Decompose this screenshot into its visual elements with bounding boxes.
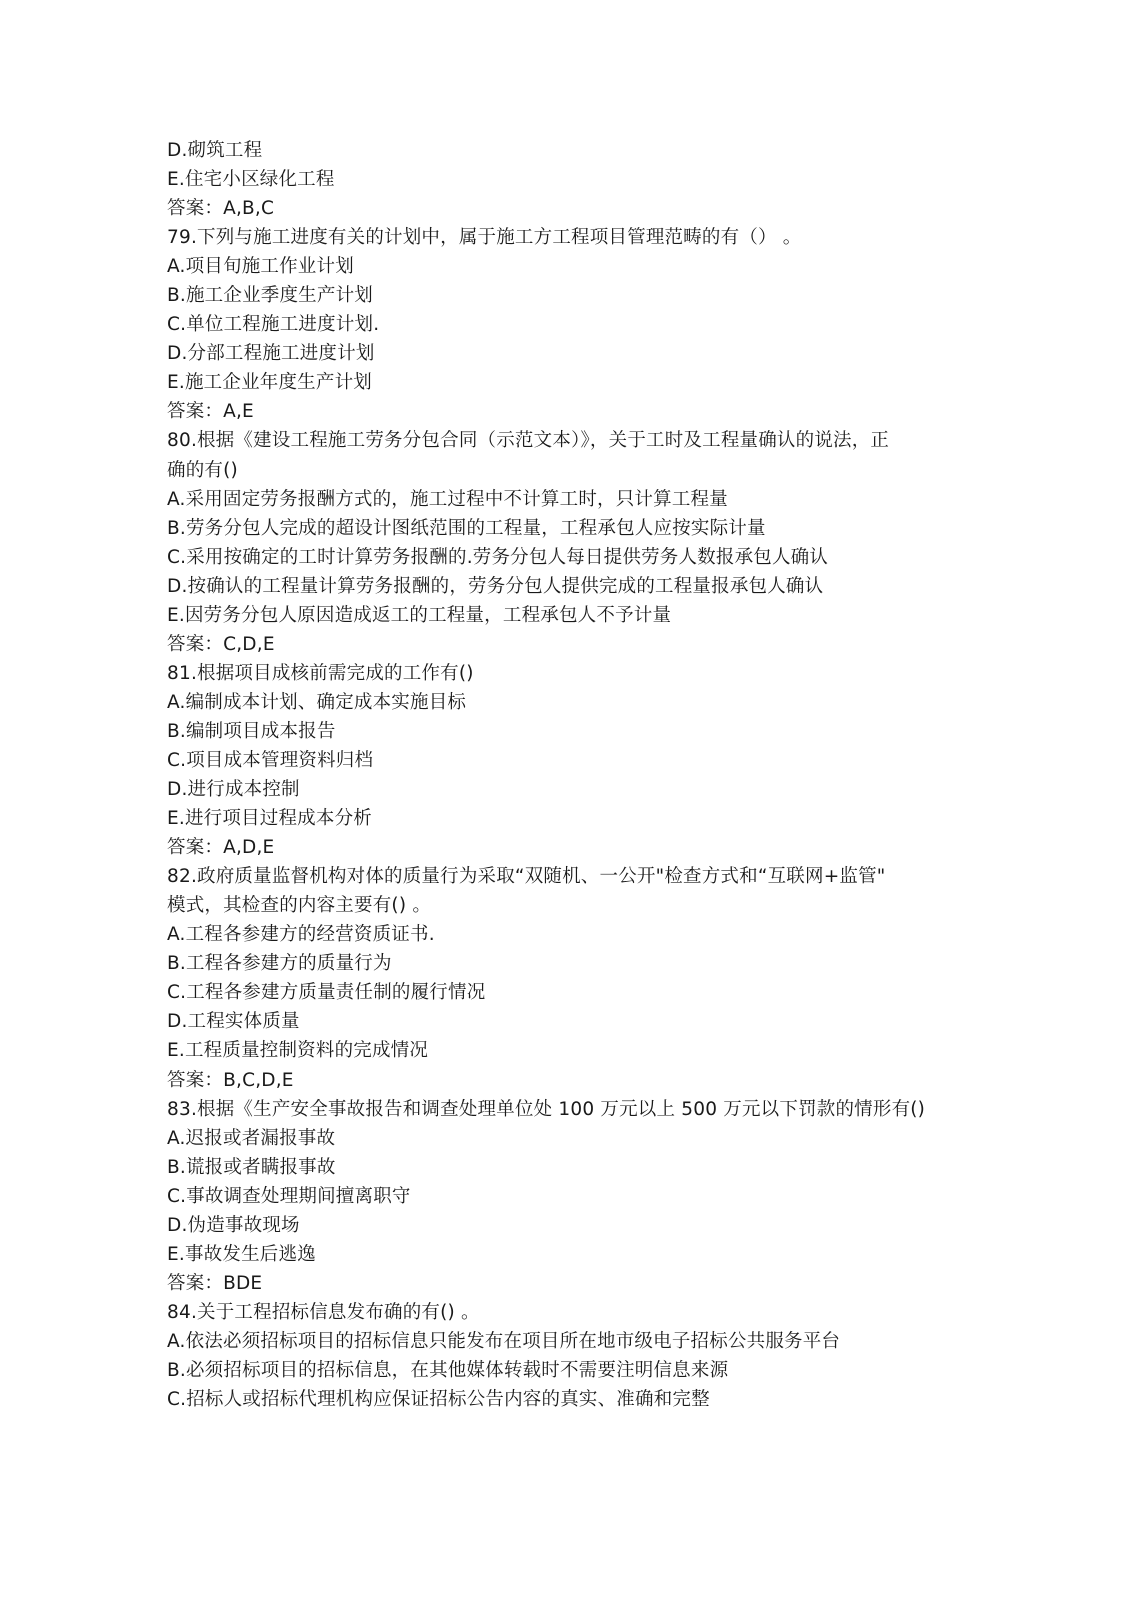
option-a: A.依法必须招标项目的招标信息只能发布在项目所在地市级电子招标公共服务平台 [167,1327,967,1356]
option-e: E.事故发生后逃逸 [167,1240,967,1269]
question-82: 82.政府质量监督机构对体的质量行为采取“双随机、一公开"检查方式和“互联网+监… [167,862,967,1094]
option-d: D.工程实体质量 [167,1007,967,1036]
option-b: B.施工企业季度生产计划 [167,281,967,310]
option-e: E.进行项目过程成本分析 [167,804,967,833]
option-d: D.按确认的工程量计算劳务报酬的，劳务分包人提供完成的工程量报承包人确认 [167,572,967,601]
option-b: B.工程各参建方的质量行为 [167,949,967,978]
option-e: E.因劳务分包人原因造成返工的工程量，工程承包人不予计量 [167,601,967,630]
answer: 答案：A,D,E [167,833,967,862]
option-c: C.采用按确定的工时计算劳务报酬的.劳务分包人每日提供劳务人数报承包人确认 [167,543,967,572]
option-d: D.伪造事故现场 [167,1211,967,1240]
answer: 答案：C,D,E [167,630,967,659]
option-a: A.项目旬施工作业计划 [167,252,967,281]
question-stem: 84.关于工程招标信息发布确的有() 。 [167,1298,967,1327]
question-79: 79.下列与施工进度有关的计划中，属于施工方工程项目管理范畴的有（） 。 A.项… [167,223,967,426]
question-stem: 81.根据项目成核前需完成的工作有() [167,659,967,688]
option-c: C.项目成本管理资料归档 [167,746,967,775]
option-a: A.采用固定劳务报酬方式的，施工过程中不计算工时，只计算工程量 [167,485,967,514]
option-d: D.分部工程施工进度计划 [167,339,967,368]
option-c: C.工程各参建方质量责任制的履行情况 [167,978,967,1007]
question-84: 84.关于工程招标信息发布确的有() 。 A.依法必须招标项目的招标信息只能发布… [167,1298,967,1414]
option-e: E.工程质量控制资料的完成情况 [167,1036,967,1065]
question-stem: 80.根据《建设工程施工劳务分包合同（示范文本）》，关于工时及工程量确认的说法，… [167,426,967,455]
option-e: E.施工企业年度生产计划 [167,368,967,397]
option-c: C.招标人或招标代理机构应保证招标公告内容的真实、准确和完整 [167,1385,967,1414]
question-stem: 82.政府质量监督机构对体的质量行为采取“双随机、一公开"检查方式和“互联网+监… [167,862,967,891]
option-b: B.编制项目成本报告 [167,717,967,746]
option-d: D.砌筑工程 [167,136,967,165]
option-b: B.劳务分包人完成的超设计图纸范围的工程量，工程承包人应按实际计量 [167,514,967,543]
option-a: A.迟报或者漏报事故 [167,1124,967,1153]
option-c: C.事故调查处理期间擅离职守 [167,1182,967,1211]
option-d: D.进行成本控制 [167,775,967,804]
answer: 答案：A,B,C [167,194,967,223]
question-81: 81.根据项目成核前需完成的工作有() A.编制成本计划、确定成本实施目标 B.… [167,659,967,862]
option-e: E.住宅小区绿化工程 [167,165,967,194]
option-a: A.编制成本计划、确定成本实施目标 [167,688,967,717]
question-stem-continued: 模式，其检查的内容主要有() 。 [167,891,967,920]
option-b: B.谎报或者瞒报事故 [167,1153,967,1182]
option-a: A.工程各参建方的经营资质证书. [167,920,967,949]
question-stem: 83.根据《生产安全事故报告和调查处理单位处 100 万元以上 500 万元以下… [167,1095,967,1124]
question-stem: 79.下列与施工进度有关的计划中，属于施工方工程项目管理范畴的有（） 。 [167,223,967,252]
answer: 答案：A,E [167,397,967,426]
answer: 答案：BDE [167,1269,967,1298]
question-stem-continued: 确的有() [167,456,967,485]
option-b: B.必须招标项目的招标信息，在其他媒体转载时不需要注明信息来源 [167,1356,967,1385]
answer: 答案：B,C,D,E [167,1066,967,1095]
question-80: 80.根据《建设工程施工劳务分包合同（示范文本）》，关于工时及工程量确认的说法，… [167,426,967,658]
document-page: D.砌筑工程 E.住宅小区绿化工程 答案：A,B,C 79.下列与施工进度有关的… [167,136,967,1414]
question-78-continuation: D.砌筑工程 E.住宅小区绿化工程 答案：A,B,C [167,136,967,223]
option-c: C.单位工程施工进度计划. [167,310,967,339]
question-83: 83.根据《生产安全事故报告和调查处理单位处 100 万元以上 500 万元以下… [167,1095,967,1298]
